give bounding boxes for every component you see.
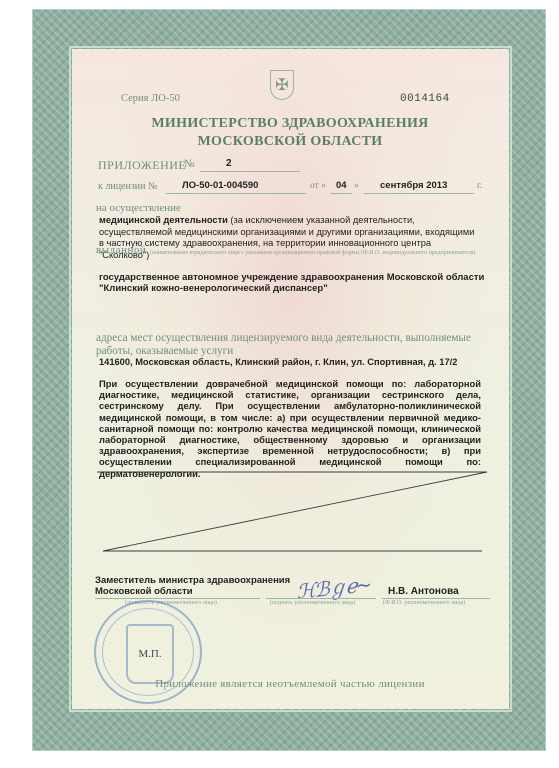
caption-name: (Ф.И.О. уполномоченного лица) (383, 600, 465, 606)
signatory-position-line1: Заместитель министра здравоохранения (95, 575, 290, 586)
position-underline (95, 598, 260, 599)
stamp-label: М.П. (126, 624, 174, 684)
blank-space-strikethrough (0, 0, 559, 768)
name-underline (382, 598, 490, 599)
footer-note: Приложение является неотъемлемой частью … (80, 678, 500, 690)
signatory-name: Н.В. Антонова (388, 586, 459, 597)
signatory-position-line2: Московской области (95, 586, 193, 597)
signature-underline (266, 598, 376, 599)
caption-signature: (подпись уполномоченного лица) (270, 600, 355, 606)
